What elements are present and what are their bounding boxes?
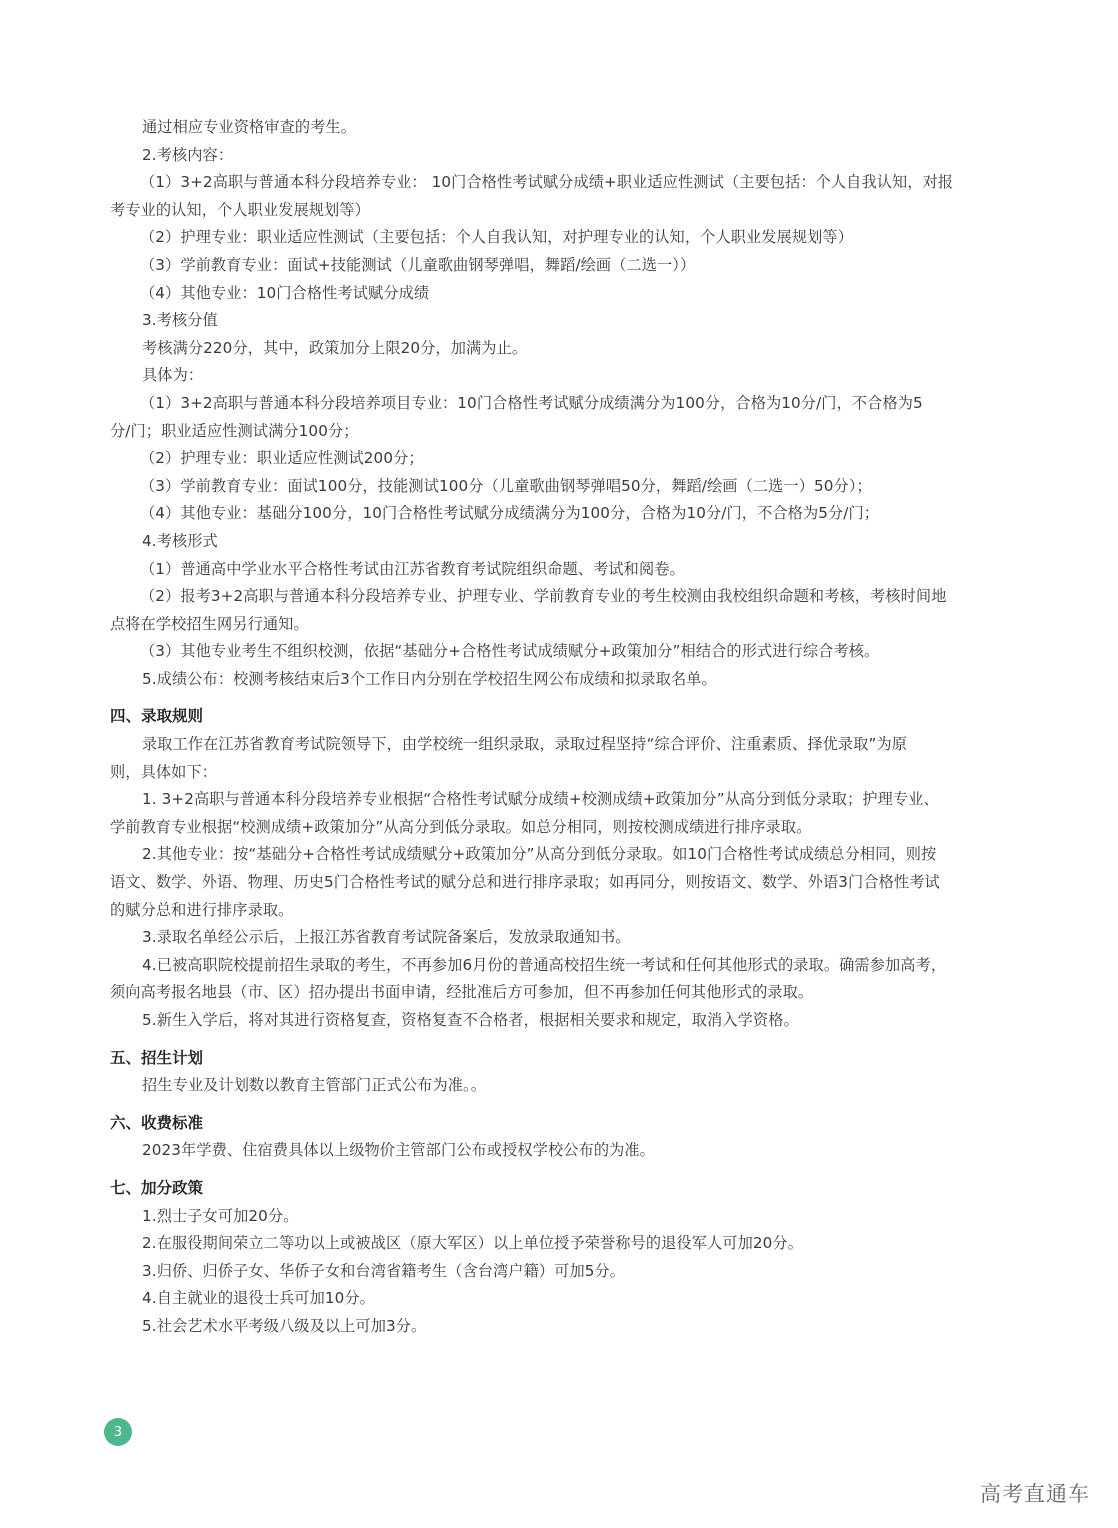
text-line: 3.归侨、归侨子女、华侨子女和台湾省籍考生（含台湾户籍）可加5分。 bbox=[110, 1258, 1010, 1286]
text-line: 考核满分220分，其中，政策加分上限20分，加满为止。 bbox=[110, 335, 1010, 363]
text-line: 点将在学校招生网另行通知。 bbox=[110, 611, 1010, 639]
text-line: 分/门；职业适应性测试满分100分； bbox=[110, 418, 1010, 446]
watermark: 高考直通车 bbox=[980, 1478, 1090, 1508]
section-heading: 六、收费标准 bbox=[110, 1110, 1010, 1138]
text-line: 2.考核内容： bbox=[110, 142, 1010, 170]
text-line: 通过相应专业资格审查的考生。 bbox=[110, 114, 1010, 142]
text-line: 学前教育专业根据“校测成绩+政策加分”从高分到低分录取。如总分相同，则按校测成绩… bbox=[110, 814, 1010, 842]
text-line: 4.自主就业的退役士兵可加10分。 bbox=[110, 1285, 1010, 1313]
text-line: （4）其他专业：10门合格性考试赋分成绩 bbox=[110, 280, 1010, 308]
text-line: （2）护理专业：职业适应性测试（主要包括：个人自我认知，对护理专业的认知，个人职… bbox=[110, 224, 1010, 252]
text-line: 4.考核形式 bbox=[110, 528, 1010, 556]
text-line: 的赋分总和进行排序录取。 bbox=[110, 897, 1010, 925]
page-number-badge: 3 bbox=[104, 1418, 132, 1446]
text-line: 2.其他专业：按“基础分+合格性考试成绩赋分+政策加分”从高分到低分录取。如10… bbox=[110, 841, 1010, 869]
section-5-enrollment-plan: 五、招生计划 招生专业及计划数以教育主管部门正式公布为准。。 bbox=[110, 1045, 1010, 1100]
text-line: （1）普通高中学业水平合格性考试由江苏省教育考试院组织命题、考试和阅卷。 bbox=[110, 556, 1010, 584]
text-line: 5.新生入学后，将对其进行资格复查，资格复查不合格者，根据相关要求和规定，取消入… bbox=[110, 1007, 1010, 1035]
text-line: 具体为： bbox=[110, 362, 1010, 390]
section-heading: 四、录取规则 bbox=[110, 703, 1010, 731]
section-heading: 五、招生计划 bbox=[110, 1045, 1010, 1073]
text-line: 1. 3+2高职与普通本科分段培养专业根据“合格性考试赋分成绩+校测成绩+政策加… bbox=[110, 786, 1010, 814]
text-line: 1.烈士子女可加20分。 bbox=[110, 1203, 1010, 1231]
section-3-continued: 通过相应专业资格审查的考生。2.考核内容：（1）3+2高职与普通本科分段培养专业… bbox=[110, 114, 1010, 693]
text-line: （2）报考3+2高职与普通本科分段培养专业、护理专业、学前教育专业的考生校测由我… bbox=[110, 583, 1010, 611]
text-line: 3.考核分值 bbox=[110, 307, 1010, 335]
text-line: 语文、数学、外语、物理、历史5门合格性考试的赋分总和进行排序录取；如再同分，则按… bbox=[110, 869, 1010, 897]
text-line: （1）3+2高职与普通本科分段培养专业： 10门合格性考试赋分成绩+职业适应性测… bbox=[110, 169, 1010, 197]
text-line: 须向高考报名地县（市、区）招办提出书面申请，经批准后方可参加，但不再参加任何其他… bbox=[110, 979, 1010, 1007]
text-line: 则，具体如下： bbox=[110, 759, 1010, 787]
text-line: 2023年学费、住宿费具体以上级物价主管部门公布或授权学校公布的为准。 bbox=[110, 1137, 1010, 1165]
text-line: 考专业的认知，个人职业发展规划等） bbox=[110, 197, 1010, 225]
section-4-admission-rules: 四、录取规则 录取工作在江苏省教育考试院领导下，由学校统一组织录取，录取过程坚持… bbox=[110, 703, 1010, 1034]
section-6-fees: 六、收费标准 2023年学费、住宿费具体以上级物价主管部门公布或授权学校公布的为… bbox=[110, 1110, 1010, 1165]
text-line: （3）学前教育专业：面试100分，技能测试100分（儿童歌曲钢琴弹唱50分，舞蹈… bbox=[110, 473, 1010, 501]
text-line: 招生专业及计划数以教育主管部门正式公布为准。。 bbox=[110, 1072, 1010, 1100]
text-line: （4）其他专业：基础分100分，10门合格性考试赋分成绩满分为100分，合格为1… bbox=[110, 500, 1010, 528]
text-line: 2.在服役期间荣立二等功以上或被战区（原大军区）以上单位授予荣誉称号的退役军人可… bbox=[110, 1230, 1010, 1258]
text-line: （2）护理专业：职业适应性测试200分； bbox=[110, 445, 1010, 473]
text-line: 3.录取名单经公示后，上报江苏省教育考试院备案后，发放录取通知书。 bbox=[110, 924, 1010, 952]
section-7-bonus-policy: 七、加分政策 1.烈士子女可加20分。2.在服役期间荣立二等功以上或被战区（原大… bbox=[110, 1175, 1010, 1341]
text-line: （3）其他专业考生不组织校测，依据“基础分+合格性考试成绩赋分+政策加分”相结合… bbox=[110, 638, 1010, 666]
text-line: 录取工作在江苏省教育考试院领导下，由学校统一组织录取，录取过程坚持“综合评价、注… bbox=[110, 731, 1010, 759]
text-line: （1）3+2高职与普通本科分段培养项目专业：10门合格性考试赋分成绩满分为100… bbox=[110, 390, 1010, 418]
text-line: 4.已被高职院校提前招生录取的考生，不再参加6月份的普通高校招生统一考试和任何其… bbox=[110, 952, 1010, 980]
text-line: （3）学前教育专业：面试+技能测试（儿童歌曲钢琴弹唱，舞蹈/绘画（二选一）） bbox=[110, 252, 1010, 280]
section-heading: 七、加分政策 bbox=[110, 1175, 1010, 1203]
text-line: 5.社会艺术水平考级八级及以上可加3分。 bbox=[110, 1313, 1010, 1341]
document-page: 通过相应专业资格审查的考生。2.考核内容：（1）3+2高职与普通本科分段培养专业… bbox=[110, 114, 1010, 1341]
text-line: 5.成绩公布：校测考核结束后3个工作日内分别在学校招生网公布成绩和拟录取名单。 bbox=[110, 666, 1010, 694]
